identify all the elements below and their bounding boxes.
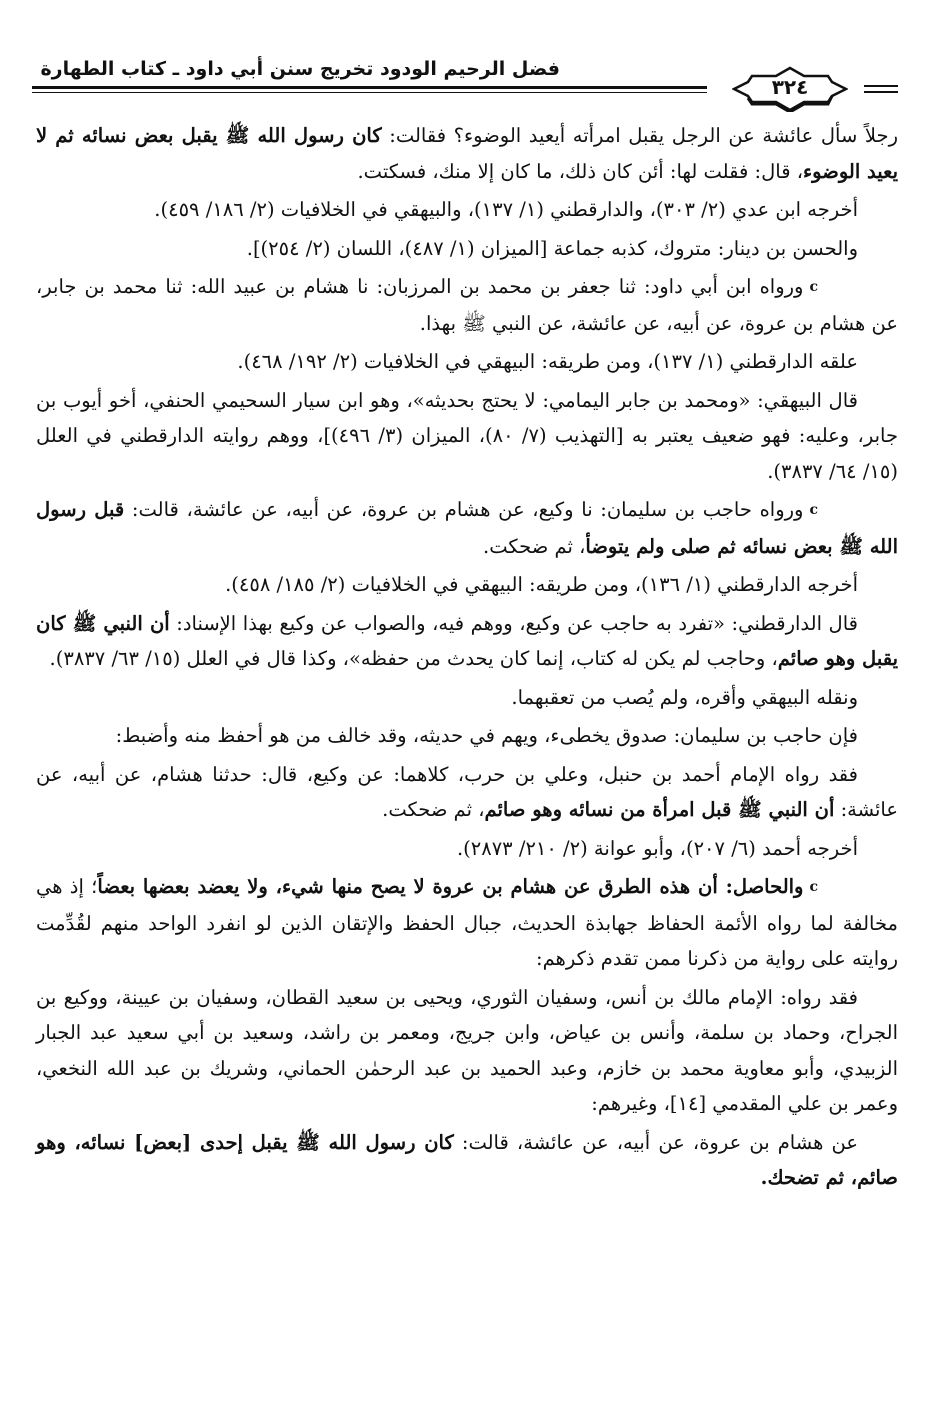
commentary-text: ، ثم ضحكت. bbox=[382, 798, 484, 821]
bullet-icon: c bbox=[809, 493, 858, 529]
commentary-text: ، قال: فقلت لها: أئن كان ذلك، ما كان إلا… bbox=[357, 160, 803, 183]
paragraph: cورواه حاجب بن سليمان: نا وكيع، عن هشام … bbox=[36, 492, 898, 564]
commentary-text: ، ثم ضحكت. bbox=[483, 535, 585, 558]
commentary-text: ، وحاجب لم يكن له كتاب، إنما كان يحدث من… bbox=[50, 647, 778, 670]
header-rule-right bbox=[864, 85, 898, 93]
header-rule-left bbox=[32, 86, 707, 93]
commentary-text: ورواه ابن أبي داود: ثنا جعفر بن محمد بن … bbox=[36, 275, 898, 335]
paragraph: علقه الدارقطني (١/ ١٣٧)، ومن طريقه: البي… bbox=[36, 344, 898, 380]
paragraph: قال البيهقي: «ومحمد بن جابر اليمامي: لا … bbox=[36, 383, 898, 490]
commentary-text: عن هشام بن عروة، عن أبيه، عن عائشة، قالت… bbox=[454, 1131, 858, 1154]
commentary-text: قال البيهقي: «ومحمد بن جابر اليمامي: لا … bbox=[36, 389, 898, 483]
paragraph: أخرجه الدارقطني (١/ ١٣٦)، ومن طريقه: الب… bbox=[36, 567, 898, 603]
hadith-text: والحاصل: أن هذه الطرق عن هشام بن عروة لا… bbox=[97, 875, 803, 898]
running-title: فضل الرحيم الودود تخريج سنن أبي داود ـ ك… bbox=[40, 58, 560, 80]
commentary-text: أخرجه ابن عدي (٢/ ٣٠٣)، والدارقطني (١/ ١… bbox=[154, 198, 858, 221]
paragraph: ونقله البيهقي وأقره، ولم يُصب من تعقبهما… bbox=[36, 680, 898, 716]
commentary-text: رجلاً سأل عائشة عن الرجل يقبل امرأته أيع… bbox=[382, 124, 898, 147]
paragraph: قال الدارقطني: «تفرد به حاجب عن وكيع، وو… bbox=[36, 606, 898, 677]
paragraph: أخرجه أحمد (٦/ ٢٠٧)، وأبو عوانة (٢/ ٢١٠/… bbox=[36, 831, 898, 867]
paragraph: والحسن بن دينار: متروك، كذبه جماعة [المي… bbox=[36, 231, 898, 267]
paragraph: أخرجه ابن عدي (٢/ ٣٠٣)، والدارقطني (١/ ١… bbox=[36, 192, 898, 228]
commentary-text: أخرجه الدارقطني (١/ ١٣٦)، ومن طريقه: الب… bbox=[225, 573, 858, 596]
commentary-text: قال الدارقطني: «تفرد به حاجب عن وكيع، وو… bbox=[170, 612, 858, 635]
commentary-text: ونقله البيهقي وأقره، ولم يُصب من تعقبهما… bbox=[511, 686, 858, 709]
bullet-icon: c bbox=[809, 270, 858, 306]
commentary-text: ورواه حاجب بن سليمان: نا وكيع، عن هشام ب… bbox=[124, 498, 803, 521]
paragraph: فقد رواه: الإمام مالك بن أنس، وسفيان الث… bbox=[36, 980, 898, 1122]
paragraph: فإن حاجب بن سليمان: صدوق يخطىء، ويهم في … bbox=[36, 718, 898, 754]
page-number: ٣٢٤ bbox=[732, 75, 848, 99]
commentary-text: والحسن بن دينار: متروك، كذبه جماعة [المي… bbox=[247, 237, 858, 260]
paragraph: عن هشام بن عروة، عن أبيه، عن عائشة، قالت… bbox=[36, 1125, 898, 1196]
commentary-text: علقه الدارقطني (١/ ١٣٧)، ومن طريقه: البي… bbox=[237, 350, 858, 373]
paragraph: cوالحاصل: أن هذه الطرق عن هشام بن عروة ل… bbox=[36, 869, 898, 977]
commentary-text: أخرجه أحمد (٦/ ٢٠٧)، وأبو عوانة (٢/ ٢١٠/… bbox=[457, 837, 858, 860]
paragraph: رجلاً سأل عائشة عن الرجل يقبل امرأته أيع… bbox=[36, 118, 898, 189]
commentary-text: فإن حاجب بن سليمان: صدوق يخطىء، ويهم في … bbox=[116, 724, 858, 747]
hadith-text: أن النبي ﷺ قبل امرأة من نسائه وهو صائم bbox=[485, 798, 835, 821]
paragraph: فقد رواه الإمام أحمد بن حنبل، وعلي بن حر… bbox=[36, 757, 898, 828]
running-header: فضل الرحيم الودود تخريج سنن أبي داود ـ ك… bbox=[32, 58, 898, 98]
page-number-badge: ٣٢٤ bbox=[732, 66, 848, 112]
paragraph: cورواه ابن أبي داود: ثنا جعفر بن محمد بن… bbox=[36, 269, 898, 341]
commentary-text: فقد رواه: الإمام مالك بن أنس، وسفيان الث… bbox=[36, 986, 898, 1116]
bullet-icon: c bbox=[809, 870, 858, 906]
page-body: رجلاً سأل عائشة عن الرجل يقبل امرأته أيع… bbox=[36, 118, 898, 1199]
